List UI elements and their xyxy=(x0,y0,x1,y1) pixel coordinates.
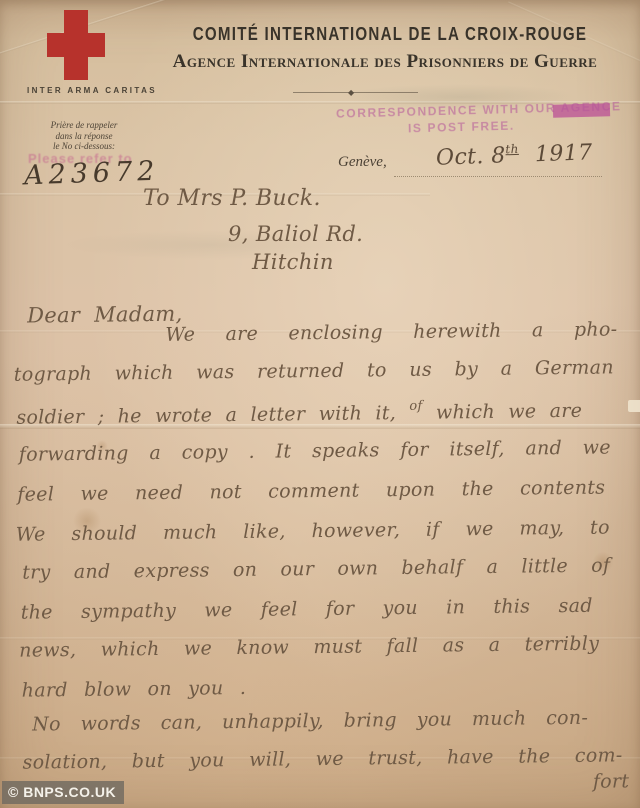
date-year: 1917 xyxy=(535,140,593,167)
salutation: Dear Madam, xyxy=(27,302,183,328)
dateline-place: Genève, xyxy=(338,154,387,171)
body-line-segment: which we are xyxy=(436,400,583,424)
body-line: We should much like, however, if we may,… xyxy=(16,516,610,545)
body-line: try and express on our own behalf a litt… xyxy=(22,554,610,583)
header-divider: ◆ xyxy=(293,89,418,96)
body-line: the sympathy we feel for you in this sad xyxy=(21,595,593,624)
body-line: forwarding a copy . It speaks for itself… xyxy=(19,436,611,465)
body-line-segment: soldier ; he wrote a letter with it, xyxy=(16,402,396,429)
address-line2: 9, Baliol Rd. xyxy=(228,222,363,246)
date-ordinal: th xyxy=(505,142,519,156)
reference-note-line2: dans la réponse xyxy=(28,131,140,142)
address-line3: Hitchin xyxy=(252,250,334,274)
motto-inter-arma-caritas: INTER ARMA CARITAS xyxy=(27,86,157,95)
body-line: solation, but you will, we trust, have t… xyxy=(22,744,622,773)
red-cross-horizontal-bar xyxy=(47,33,105,57)
post-free-stamp-line2: IS POST FREE. xyxy=(408,119,515,136)
photo-watermark: © BNPS.CO.UK xyxy=(2,781,124,804)
body-line: tograph which was returned to us by a Ge… xyxy=(14,356,614,385)
body-line: hard blow on you . xyxy=(22,677,247,702)
org-title-line1: COMITÉ INTERNATIONAL DE LA CROIX-ROUGE xyxy=(188,24,591,45)
divider-diamond-icon: ◆ xyxy=(348,89,354,96)
paper-speck xyxy=(628,400,640,412)
reference-note: Prière de rappeler dans la réponse le No… xyxy=(28,120,140,152)
inserted-word: of xyxy=(409,399,422,414)
letter-body: Dear Madam, We are enclosing herewith a … xyxy=(13,294,627,801)
address-line1: To Mrs P. Buck. xyxy=(143,186,321,211)
body-line: feel we need not comment upon the conten… xyxy=(17,477,605,506)
divider-rule xyxy=(293,92,418,93)
org-title-line2: Agence Internationale des Prisonniers de… xyxy=(130,51,640,73)
body-line: We are enclosing herewith a pho- xyxy=(165,318,617,346)
body-line: No words can, unhappily, bring you much … xyxy=(32,707,588,736)
reference-number: A23672 xyxy=(24,156,160,192)
date-month-day: Oct. 8 xyxy=(436,143,506,170)
reference-note-line3: le No ci-dessous: xyxy=(28,141,140,152)
handwritten-date: Oct. 8th1917 xyxy=(436,139,593,170)
reference-note-line1: Prière de rappeler xyxy=(28,120,140,131)
body-line: news, which we know must fall as a terri… xyxy=(19,633,599,662)
body-line: soldier ; he wrote a letter with it, of … xyxy=(16,397,582,429)
body-line: fort xyxy=(593,770,630,792)
letter-document: INTER ARMA CARITAS COMITÉ INTERNATIONAL … xyxy=(0,0,640,808)
